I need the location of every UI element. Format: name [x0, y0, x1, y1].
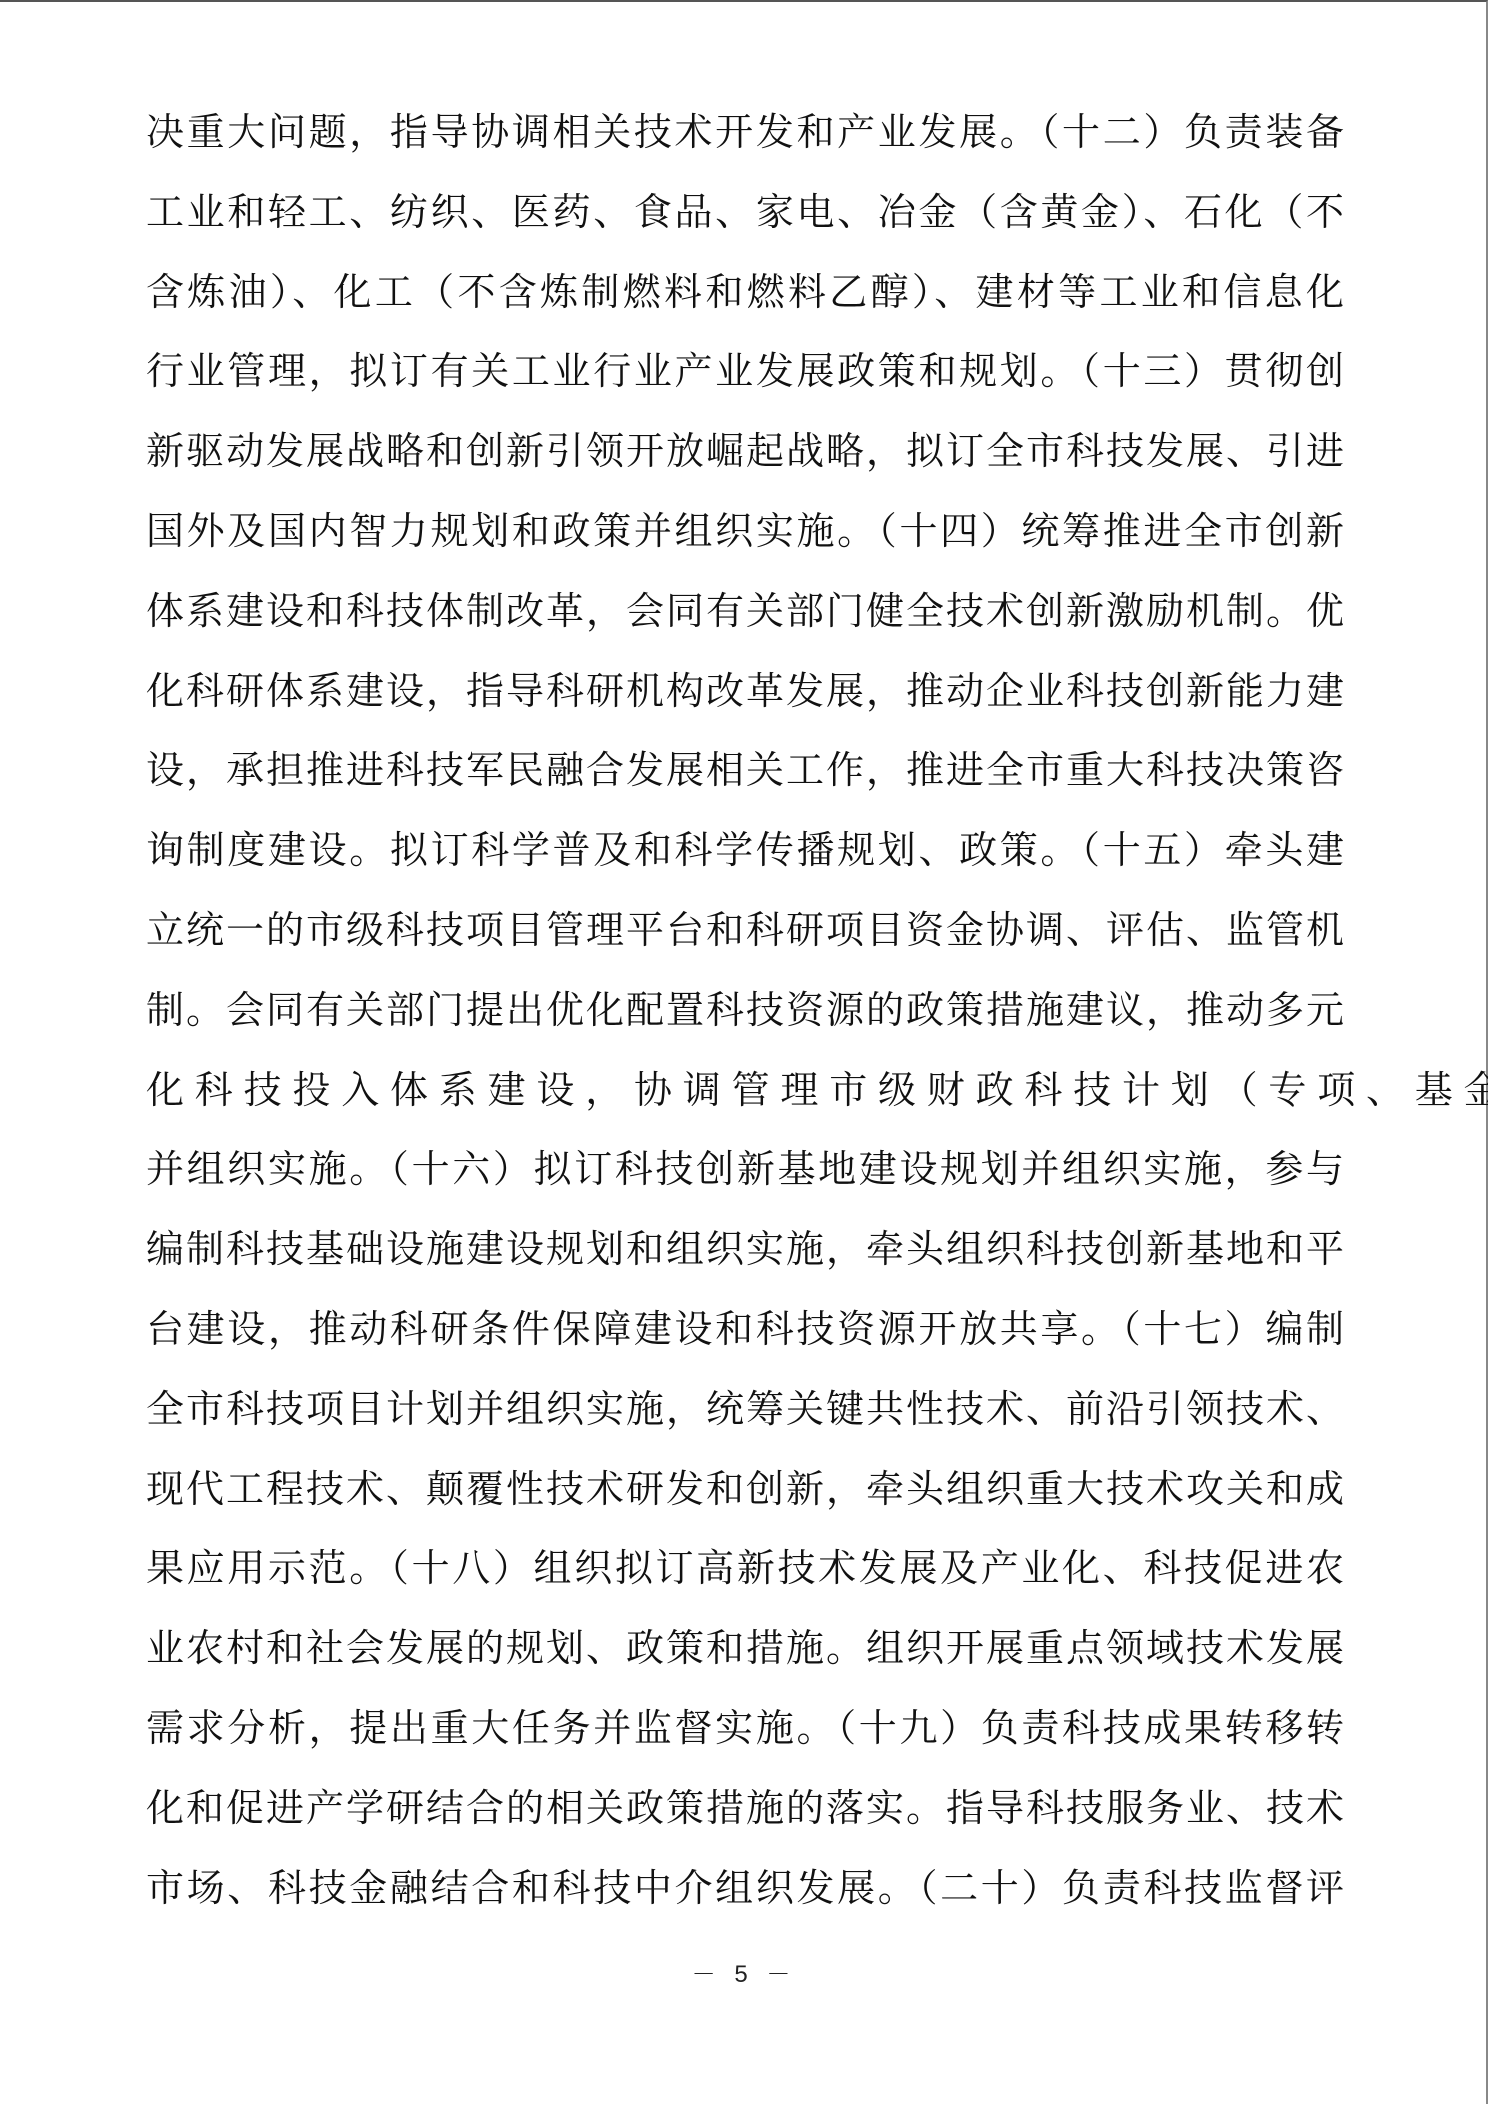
body-text: 决重大问题，指导协调相关技术开发和产业发展。（十二）负责装备 工业和轻工、纺织、… [146, 102, 1344, 1937]
text-line-14: 并组织实施。（十六）拟订科技创新基地建设规划并组织实施，参与 [146, 1139, 1344, 1219]
text-line-3: 含炼油）、化工（不含炼制燃料和燃料乙醇）、建材等工业和信息化 [146, 262, 1344, 342]
text-line-4: 行业管理，拟订有关工业行业产业发展政策和规划。（十三）贯彻创 [146, 341, 1344, 421]
text-line-15: 编制科技基础设施建设规划和组织实施，牵头组织科技创新基地和平 [146, 1219, 1344, 1299]
text-line-2: 工业和轻工、纺织、医药、食品、家电、冶金（含黄金）、石化（不 [146, 182, 1344, 262]
text-line-13: 化科技投入体系建设，协调管理市级财政科技计划（专项、基金等） [146, 1060, 1344, 1140]
text-line-8: 化科研体系建设，指导科研机构改革发展，推动企业科技创新能力建 [146, 661, 1344, 741]
text-line-23: 市场、科技金融结合和科技中介组织发展。（二十）负责科技监督评 [146, 1858, 1344, 1938]
text-line-17: 全市科技项目计划并组织实施，统筹关键共性技术、前沿引领技术、 [146, 1379, 1344, 1459]
text-line-18: 现代工程技术、颠覆性技术研发和创新，牵头组织重大技术攻关和成 [146, 1459, 1344, 1539]
text-line-9: 设，承担推进科技军民融合发展相关工作，推进全市重大科技决策咨 [146, 740, 1344, 820]
page-number: － 5 － [0, 1954, 1488, 1989]
text-line-10: 询制度建设。拟订科学普及和科学传播规划、政策。（十五）牵头建 [146, 820, 1344, 900]
document-page: 决重大问题，指导协调相关技术开发和产业发展。（十二）负责装备 工业和轻工、纺织、… [0, 0, 1488, 2104]
text-line-19: 果应用示范。（十八）组织拟订高新技术发展及产业化、科技促进农 [146, 1538, 1344, 1618]
text-line-7: 体系建设和科技体制改革，会同有关部门健全技术创新激励机制。优 [146, 581, 1344, 661]
text-line-5: 新驱动发展战略和创新引领开放崛起战略，拟订全市科技发展、引进 [146, 421, 1344, 501]
text-line-1: 决重大问题，指导协调相关技术开发和产业发展。（十二）负责装备 [146, 102, 1344, 182]
text-line-12: 制。会同有关部门提出优化配置科技资源的政策措施建议，推动多元 [146, 980, 1344, 1060]
text-line-11: 立统一的市级科技项目管理平台和科研项目资金协调、评估、监管机 [146, 900, 1344, 980]
text-line-22: 化和促进产学研结合的相关政策措施的落实。指导科技服务业、技术 [146, 1778, 1344, 1858]
text-line-20: 业农村和社会发展的规划、政策和措施。组织开展重点领域技术发展 [146, 1618, 1344, 1698]
text-line-21: 需求分析，提出重大任务并监督实施。（十九）负责科技成果转移转 [146, 1698, 1344, 1778]
text-line-6: 国外及国内智力规划和政策并组织实施。（十四）统筹推进全市创新 [146, 501, 1344, 581]
text-line-16: 台建设，推动科研条件保障建设和科技资源开放共享。（十七）编制 [146, 1299, 1344, 1379]
